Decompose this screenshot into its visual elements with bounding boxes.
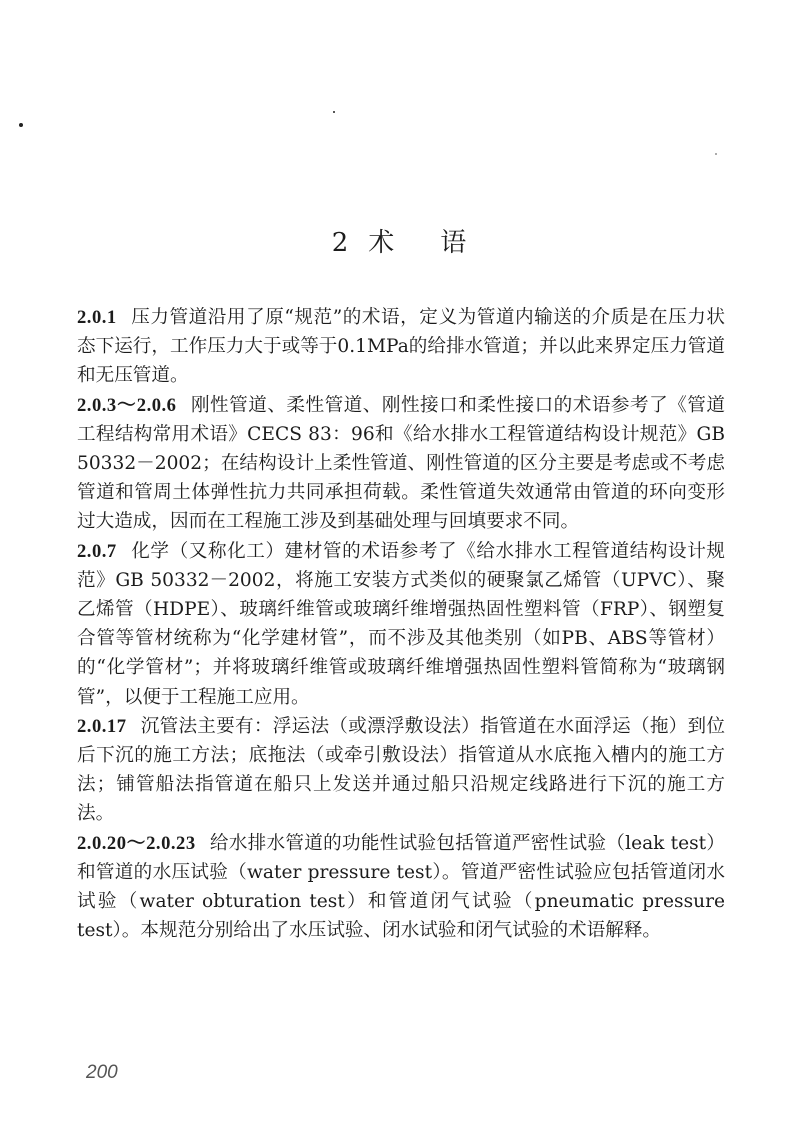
scan-speck	[715, 153, 717, 155]
clause-number: 2.0.1	[77, 307, 117, 328]
scan-speck	[19, 123, 23, 127]
paragraph-2-0-17: 2.0.17沉管法主要有：浮运法（或漂浮敷设法）指管道在水面浮运（拖）到位后下沉…	[77, 712, 725, 829]
paragraph-2-0-1: 2.0.1压力管道沿用了原“规范”的术语，定义为管道内输送的介质是在压力状态下运…	[77, 303, 725, 391]
paragraph-2-0-20: 2.0.20～2.0.23给水排水管道的功能性试验包括管道严密性试验（leak …	[77, 829, 725, 946]
document-body: 2.0.1压力管道沿用了原“规范”的术语，定义为管道内输送的介质是在压力状态下运…	[77, 303, 725, 945]
paragraph-2-0-3: 2.0.3～2.0.6刚性管道、柔性管道、刚性接口和柔性接口的术语参考了《管道工…	[77, 391, 725, 537]
paragraph-2-0-7: 2.0.7化学（又称化工）建材管的术语参考了《给水排水工程管道结构设计规范》GB…	[77, 537, 725, 712]
chapter-number: 2	[332, 228, 351, 258]
paragraph-text: 压力管道沿用了原“规范”的术语，定义为管道内输送的介质是在压力状态下运行，工作压…	[77, 307, 725, 386]
chapter-title: 2术语	[0, 222, 800, 259]
chapter-title-part1: 术	[368, 228, 396, 258]
scan-speck	[333, 111, 335, 113]
clause-number: 2.0.7	[77, 541, 117, 562]
paragraph-text: 沉管法主要有：浮运法（或漂浮敷设法）指管道在水面浮运（拖）到位后下沉的施工方法；…	[77, 716, 725, 825]
clause-number: 2.0.20～2.0.23	[77, 833, 196, 854]
page-number: 200	[86, 1062, 118, 1084]
clause-number: 2.0.3～2.0.6	[77, 395, 176, 416]
paragraph-text: 化学（又称化工）建材管的术语参考了《给水排水工程管道结构设计规范》GB 5033…	[77, 541, 725, 708]
clause-number: 2.0.17	[77, 716, 126, 737]
chapter-title-part2: 语	[440, 228, 468, 258]
